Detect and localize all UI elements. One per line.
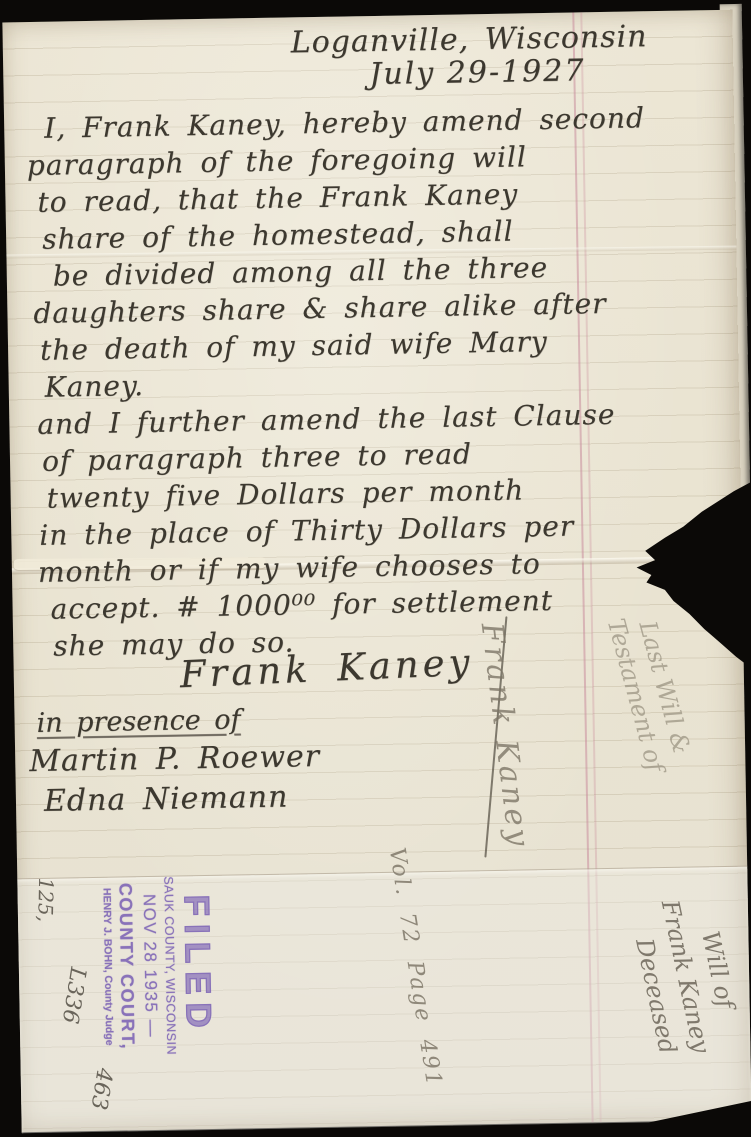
stamp-judge-line: HENRY J. BOHN, County Judge	[100, 877, 115, 1057]
stamp-filed-line: FILED	[178, 875, 216, 1056]
stamp-court-line: COUNTY COURT,	[114, 876, 138, 1056]
margin-number: 125,	[33, 877, 58, 922]
will-body-text: I, Frank Kaney, hereby amend second para…	[26, 99, 676, 665]
stamp-date-line: NOV 28 1935 —	[138, 876, 161, 1056]
pencil-endorsement-title: Last Will & Testament of	[601, 607, 700, 775]
date-line: July 29-1927	[369, 53, 586, 92]
filed-court-stamp-text: FILED SAUK COUNTY, WISCONSIN NOV 28 1935…	[61, 875, 216, 1058]
scanned-will-document: Loganville, Wisconsin July 29-1927 I, Fr…	[0, 0, 751, 1137]
witness-signature: Martin P. Roewer	[29, 739, 320, 779]
place-line: Loganville, Wisconsin	[290, 19, 647, 60]
will-codicil-page: Loganville, Wisconsin July 29-1927 I, Fr…	[2, 10, 751, 1133]
witness-signature: Edna Niemann	[44, 780, 289, 819]
witness-intro: in presence of	[36, 704, 240, 739]
